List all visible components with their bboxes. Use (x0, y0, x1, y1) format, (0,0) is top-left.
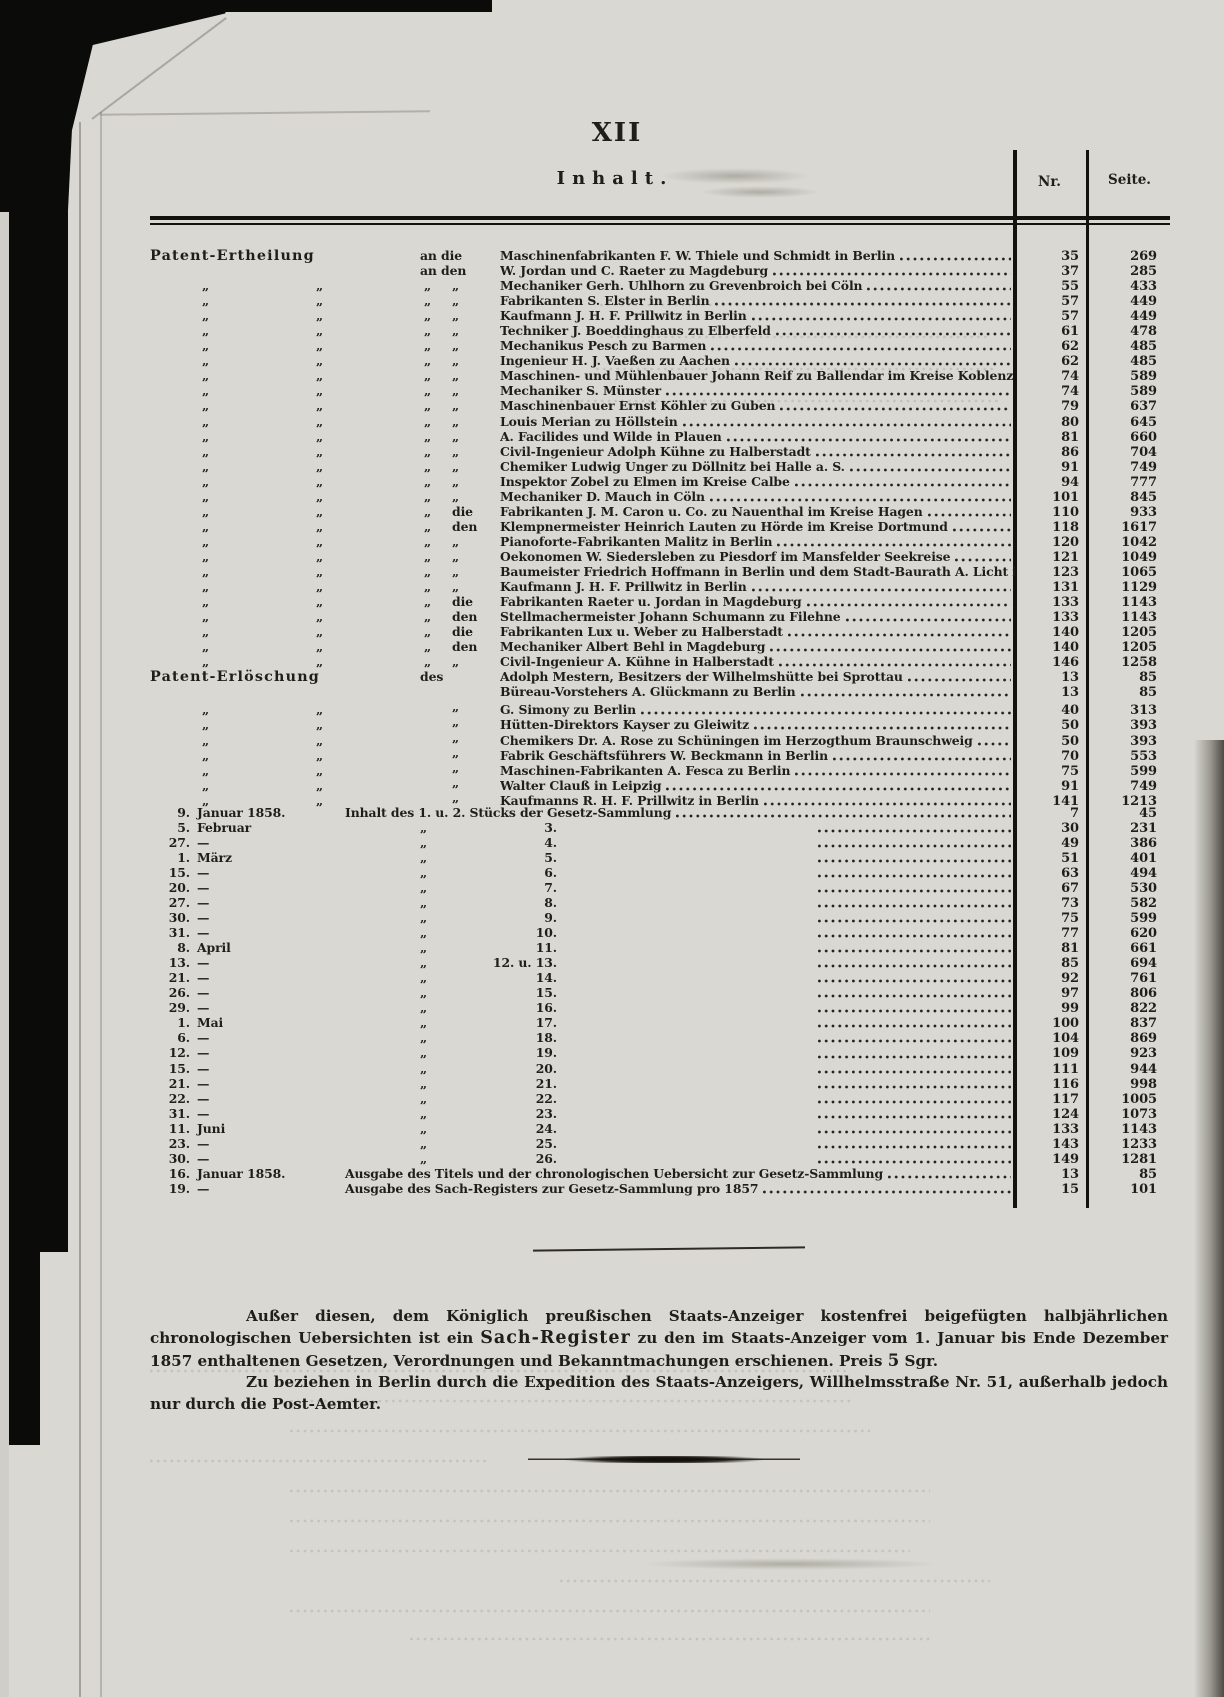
ditto-mark: „ (316, 748, 334, 763)
entry-text: Mechanikus Pesch zu Barmen (500, 338, 706, 353)
section-column: „„ (150, 429, 418, 444)
nr-value: 133 (1015, 610, 1088, 625)
section-column: „„ (150, 504, 418, 519)
date-month: — (190, 1030, 345, 1045)
dot-leader (818, 1003, 1011, 1014)
nr-value: 97 (1015, 986, 1088, 1001)
entry-text-cell: Ingenieur H. J. Vaeßen zu Aachen (500, 353, 1015, 368)
table-row: 30.—„26.1491281 (150, 1151, 1170, 1166)
nr-value: 91 (1015, 779, 1088, 794)
seite-value: 806 (1088, 986, 1170, 1001)
dot-leader (888, 1169, 1011, 1180)
ditto-mark: „ (345, 1151, 441, 1166)
seite-value: 386 (1088, 836, 1170, 851)
prefix-word: „ (452, 323, 459, 338)
table-row: 16.Januar 1858.Ausgabe des Titels und de… (150, 1166, 1170, 1181)
ditto-mark: „ (424, 489, 440, 504)
bleed-through-line (290, 1428, 870, 1434)
nr-value: 133 (1015, 595, 1088, 610)
date-month: — (190, 970, 345, 985)
section-column: „„ (150, 609, 418, 624)
ditto-mark: „ (202, 414, 220, 429)
ditto-mark: „ (202, 564, 220, 579)
ditto-mark (424, 760, 440, 775)
seite-value: 837 (1088, 1016, 1170, 1031)
seite-value: 494 (1088, 866, 1170, 881)
entry-text-cell: Hütten-Direktors Kayser zu Gleiwitz (500, 717, 1015, 732)
ditto-mark: „ (316, 778, 334, 793)
nr-value: 7 (1015, 806, 1088, 821)
prefix-column: „„ (418, 353, 500, 368)
dot-leader (908, 672, 1011, 683)
dot-leader (666, 386, 1011, 397)
stueck-number: 15. (485, 985, 557, 1000)
prefix-column: „„ (418, 489, 500, 504)
date-month: — (190, 1076, 345, 1091)
ditto-mark: „ (345, 1045, 441, 1060)
nr-value: 86 (1015, 445, 1088, 460)
stueck-number: 4. (485, 835, 557, 850)
dot-leader (641, 705, 1011, 716)
prefix-column: „ (418, 775, 500, 790)
entry-text: Mechaniker Albert Behl in Magdeburg (500, 639, 765, 654)
ditto-mark: „ (316, 504, 334, 519)
stueck-number: 18. (485, 1030, 557, 1045)
prefix-word: „ (452, 293, 459, 308)
ditto-mark: „ (424, 639, 440, 654)
stueck-number: 5. (485, 850, 557, 865)
entry-text-cell: Fabrikanten S. Elster in Berlin (500, 293, 1015, 308)
entry-text: Chemiker Ludwig Unger zu Döllnitz bei Ha… (500, 459, 845, 474)
entry-text: Stellmachermeister Johann Schumann zu Fi… (500, 609, 841, 624)
ditto-mark: „ (316, 579, 334, 594)
dot-leader (818, 913, 1011, 924)
date-day: 31. (150, 1106, 190, 1121)
nr-value: 140 (1015, 625, 1088, 640)
prefix-column: „„ (418, 564, 500, 579)
table-row: 31.—„10.77620 (150, 925, 1170, 940)
seite-value: 845 (1088, 490, 1170, 505)
entry-text: Klempnermeister Heinrich Lauten zu Hörde… (500, 519, 948, 534)
prefix-column: „„ (418, 429, 500, 444)
ditto-mark: „ (424, 654, 440, 669)
contents-table: Nr. Seite. Patent-Ertheilungan dieMaschi… (150, 148, 1170, 1210)
entry-text-cell: Maschinen-Fabrikanten A. Fesca zu Berlin (500, 763, 1015, 778)
entry-text: Civil-Ingenieur A. Kühne in Halberstadt (500, 654, 774, 669)
prefix-column: „„ (418, 293, 500, 308)
header-rule-thick (150, 216, 1170, 220)
nr-value: 104 (1015, 1031, 1088, 1046)
section-column: „„ (150, 278, 418, 293)
prefix-word: „ (452, 730, 459, 745)
prefix-word: „ (452, 368, 459, 383)
section-column: „„ (150, 323, 418, 338)
table-row: „„„„Baumeister Friedrich Hoffmann in Ber… (150, 564, 1170, 579)
entry-text-cell: Mechaniker Albert Behl in Magdeburg (500, 639, 1015, 654)
ditto-mark: „ (345, 895, 441, 910)
seite-value: 620 (1088, 926, 1170, 941)
ditto-mark: „ (424, 338, 440, 353)
ditto-mark: „ (345, 1030, 441, 1045)
entry-text-cell: Mechaniker S. Münster (500, 383, 1015, 398)
prefix-word: „ (452, 489, 459, 504)
section-label: Patent-Erlöschung (150, 670, 320, 685)
prefix-word: die (452, 594, 473, 609)
table-row: 21.—„21.116998 (150, 1076, 1170, 1091)
seite-value: 1281 (1088, 1152, 1170, 1167)
entry-text: Louis Merian zu Höllstein (500, 414, 678, 429)
entry-text-cell: Inspektor Zobel zu Elmen im Kreise Calbe (500, 474, 1015, 489)
seite-value: 1205 (1088, 640, 1170, 655)
table-row: 20.—„7.67530 (150, 880, 1170, 895)
nr-value: 81 (1015, 430, 1088, 445)
dot-leader (955, 552, 1011, 563)
entry-text-cell: Kaufmann J. H. F. Prillwitz in Berlin (500, 579, 1015, 594)
ditto-mark: „ (202, 459, 220, 474)
seite-value: 1042 (1088, 535, 1170, 550)
seite-value: 393 (1088, 734, 1170, 749)
nr-value: 99 (1015, 1001, 1088, 1016)
seite-value: 589 (1088, 369, 1170, 384)
ditto-mark: „ (345, 1136, 441, 1151)
dot-leader (777, 537, 1011, 548)
date-day: 22. (150, 1091, 190, 1106)
table-row: „„„dieFabrikanten J. M. Caron u. Co. zu … (150, 504, 1170, 519)
table-row: „„„„Mechaniker D. Mauch in Cöln101845 (150, 489, 1170, 504)
ditto-mark: „ (424, 323, 440, 338)
nr-value: 55 (1015, 279, 1088, 294)
dot-leader (773, 266, 1011, 277)
table-row: 6.—„18.104869 (150, 1030, 1170, 1045)
ditto-mark: „ (316, 519, 334, 534)
nr-value: 61 (1015, 324, 1088, 339)
ditto-mark (424, 714, 440, 729)
entry-text: Ausgabe des Sach-Registers zur Gesetz-Sa… (345, 1181, 758, 1196)
prefix-column: „„ (418, 654, 500, 669)
entry-text-cell: Civil-Ingenieur A. Kühne in Halberstadt (500, 654, 1015, 669)
table-row: 27.—„8.73582 (150, 895, 1170, 910)
entry-text: Maschinenbauer Ernst Köhler zu Guben (500, 398, 775, 413)
table-row: 22.—„22.1171005 (150, 1091, 1170, 1106)
prefix-column: „„ (418, 414, 500, 429)
entry-text-cell: Oekonomen W. Siedersleben zu Piesdorf im… (500, 549, 1015, 564)
table-row: „„„„Civil-Ingenieur Adolph Kühne zu Halb… (150, 444, 1170, 459)
prefix-column: „ (418, 714, 500, 729)
stueck-number: 6. (485, 865, 557, 880)
date-day: 20. (150, 880, 190, 895)
ditto-mark: „ (202, 579, 220, 594)
entry-text: Techniker J. Boeddinghaus zu Elberfeld (500, 323, 771, 338)
table-row: Patent-ErlöschungdesAdolph Mestern, Besi… (150, 669, 1170, 684)
ditto-mark: „ (424, 398, 440, 413)
entry-text: Mechaniker S. Münster (500, 383, 661, 398)
ditto-mark: „ (202, 748, 220, 763)
prefix-word: „ (452, 383, 459, 398)
dot-leader (818, 943, 1011, 954)
table-row: „„„denStellmachermeister Johann Schumann… (150, 609, 1170, 624)
prefix-word: „ (452, 579, 459, 594)
entry-text: G. Simony zu Berlin (500, 702, 636, 717)
nr-value: 74 (1015, 384, 1088, 399)
prefix-column: „ (418, 730, 500, 745)
date-day: 6. (150, 1030, 190, 1045)
entry-text-cell: Kaufmann J. H. F. Prillwitz in Berlin (500, 308, 1015, 323)
ditto-mark: „ (202, 733, 220, 748)
entry-text-cell: Fabrik Geschäftsführers W. Beckmann in B… (500, 748, 1015, 763)
date-month: — (190, 1000, 345, 1015)
dot-leader (818, 1109, 1011, 1120)
ditto-mark: „ (345, 970, 441, 985)
prefix-word: den (452, 609, 477, 624)
ditto-mark: „ (424, 444, 440, 459)
table-row: „„„„Mechanikus Pesch zu Barmen62485 (150, 338, 1170, 353)
date-month: März (190, 850, 345, 865)
section-column: „„ (150, 579, 418, 594)
seite-value: 869 (1088, 1031, 1170, 1046)
entry-text: Fabrikanten S. Elster in Berlin (500, 293, 710, 308)
section-column: „„ (150, 414, 418, 429)
footer-paragraph-1: Außer diesen, dem Königlich preußischen … (150, 1306, 1168, 1372)
dot-leader (818, 1079, 1011, 1090)
ditto-mark: „ (202, 308, 220, 323)
stueck-number: 10. (485, 925, 557, 940)
ditto-mark: „ (202, 594, 220, 609)
section-column: „„ (150, 519, 418, 534)
table-row: „„„„Mechaniker S. Münster74589 (150, 383, 1170, 398)
ditto-mark: „ (345, 985, 441, 1000)
seite-value: 589 (1088, 384, 1170, 399)
entry-text: Pianoforte-Fabrikanten Malitz in Berlin (500, 534, 772, 549)
table-row: „„„„Techniker J. Boeddinghaus zu Elberfe… (150, 323, 1170, 338)
seite-value: 923 (1088, 1046, 1170, 1061)
prefix-word: „ (452, 790, 459, 805)
divider-swelled (528, 1456, 800, 1463)
dot-leader (735, 356, 1011, 367)
ditto-mark: „ (345, 1061, 441, 1076)
prefix-word: „ (452, 429, 459, 444)
table-row: 29.—„16.99822 (150, 1000, 1170, 1015)
date-day: 29. (150, 1000, 190, 1015)
ditto-mark: „ (345, 1121, 441, 1136)
dot-leader (752, 311, 1011, 322)
entry-text: Civil-Ingenieur Adolph Kühne zu Halberst… (500, 444, 811, 459)
prefix-word: „ (452, 474, 459, 489)
prefix-column: des (418, 669, 500, 684)
dot-leader (818, 928, 1011, 939)
prefix-word: „ (452, 278, 459, 293)
prefix-column: an den (418, 263, 500, 278)
nr-value: 75 (1015, 911, 1088, 926)
date-month: — (190, 985, 345, 1000)
nr-value: 13 (1015, 670, 1088, 685)
section-column: „„ (150, 654, 418, 669)
bleed-through-line (290, 1548, 910, 1554)
section-column: „„ (150, 308, 418, 323)
entry-text: Fabrikanten J. M. Caron u. Co. zu Nauent… (500, 504, 923, 519)
entry-text: Ingenieur H. J. Vaeßen zu Aachen (500, 353, 730, 368)
ditto-mark: „ (202, 474, 220, 489)
seite-value: 998 (1088, 1077, 1170, 1092)
entry-text: Kaufmann J. H. F. Prillwitz in Berlin (500, 308, 747, 323)
date-month: April (190, 940, 345, 955)
page-edge-line (79, 122, 81, 1697)
prefix-column: „„ (418, 323, 500, 338)
ditto-mark: „ (202, 353, 220, 368)
seite-value: 231 (1088, 821, 1170, 836)
prefix-word: „ (452, 775, 459, 790)
entry-text-cell: Mechaniker Gerh. Uhlhorn zu Grevenbroich… (500, 278, 1015, 293)
nr-value: 146 (1015, 655, 1088, 670)
prefix-column: „den (418, 639, 500, 654)
ditto-mark: „ (316, 353, 334, 368)
ditto-mark: „ (316, 654, 334, 669)
dot-leader (752, 582, 1011, 593)
prefix-word: „ (452, 414, 459, 429)
stueck-number: 16. (485, 1000, 557, 1015)
seite-value: 822 (1088, 1001, 1170, 1016)
nr-value: 74 (1015, 369, 1088, 384)
section-column: „„ (150, 763, 418, 778)
table-row: 23.—„25.1431233 (150, 1136, 1170, 1151)
prefix-column: „„ (418, 579, 500, 594)
entry-text: Baumeister Friedrich Hoffmann in Berlin … (500, 564, 1015, 579)
date-day: 30. (150, 1151, 190, 1166)
date-month: — (190, 865, 345, 880)
table-row: 26.—„15.97806 (150, 985, 1170, 1000)
ditto-mark: „ (424, 609, 440, 624)
table-row: „„„„Kaufmann J. H. F. Prillwitz in Berli… (150, 579, 1170, 594)
ditto-mark: „ (316, 549, 334, 564)
dot-leader (676, 808, 1011, 819)
ditto-mark: „ (202, 639, 220, 654)
ditto-mark: „ (345, 865, 441, 880)
nr-value: 120 (1015, 535, 1088, 550)
dot-leader (818, 1139, 1011, 1150)
entry-text: Fabrik Geschäftsführers W. Beckmann in B… (500, 748, 828, 763)
section-column: „„ (150, 293, 418, 308)
prefix-column: „„ (418, 368, 500, 383)
entry-text-cell: Maschinen- und Mühlenbauer Johann Reif z… (500, 368, 1015, 383)
ditto-mark: „ (202, 717, 220, 732)
dot-leader (727, 432, 1011, 443)
date-month: — (190, 880, 345, 895)
dot-leader (801, 687, 1011, 698)
seite-value: 1143 (1088, 1122, 1170, 1137)
dot-leader (788, 627, 1011, 638)
prefix-word: „ (452, 760, 459, 775)
date-day: 27. (150, 895, 190, 910)
nr-value: 49 (1015, 836, 1088, 851)
entry-text-cell: Mechanikus Pesch zu Barmen (500, 338, 1015, 353)
ditto-mark: „ (202, 338, 220, 353)
ditto-mark: „ (202, 368, 220, 383)
entry-text: Ausgabe des Titels und der chronologisch… (345, 1166, 883, 1181)
footer-text: Sgr. (899, 1352, 938, 1370)
dot-leader (818, 1064, 1011, 1075)
seite-value: 599 (1088, 911, 1170, 926)
header-rule-thin (150, 223, 1170, 225)
ditto-mark: „ (345, 1015, 441, 1030)
nr-value: 85 (1015, 956, 1088, 971)
entry-text: Oekonomen W. Siedersleben zu Piesdorf im… (500, 549, 950, 564)
seite-value: 1049 (1088, 550, 1170, 565)
seite-value: 393 (1088, 718, 1170, 733)
prefix-column: „„ (418, 534, 500, 549)
seite-value: 85 (1088, 670, 1170, 685)
bleed-through-line (290, 1518, 930, 1524)
nr-value: 121 (1015, 550, 1088, 565)
ditto-mark: „ (345, 940, 441, 955)
dot-leader (763, 1184, 1011, 1195)
table-row: Büreau-Vorstehers A. Glückmann zu Berlin… (150, 684, 1170, 699)
ditto-mark: „ (202, 504, 220, 519)
dot-leader (764, 796, 1011, 807)
date-month: — (190, 1106, 345, 1121)
table-row: an denW. Jordan und C. Raeter zu Magdebu… (150, 263, 1170, 278)
entry-text: Maschinenfabrikanten F. W. Thiele und Sc… (500, 248, 895, 263)
seite-value: 749 (1088, 779, 1170, 794)
seite-value: 582 (1088, 896, 1170, 911)
ditto-mark: „ (345, 850, 441, 865)
ditto-mark: „ (316, 624, 334, 639)
stueck-number: 21. (485, 1076, 557, 1091)
ditto-mark: „ (424, 368, 440, 383)
ditto-mark: „ (202, 609, 220, 624)
scan-border-top (0, 0, 492, 12)
prefix-column: „„ (418, 308, 500, 323)
date-day: 30. (150, 910, 190, 925)
section-column: „„ (150, 639, 418, 654)
prefix-word: des (420, 669, 443, 684)
nr-value: 109 (1015, 1046, 1088, 1061)
prefix-column: an die (418, 248, 500, 263)
section-column: „„ (150, 717, 418, 732)
stueck-number: 3. (485, 820, 557, 835)
sach-register-emphasis: Sach-Register (480, 1328, 630, 1348)
date-day: 5. (150, 820, 190, 835)
table-row: „„„„Louis Merian zu Höllstein80645 (150, 414, 1170, 429)
nr-value: 40 (1015, 703, 1088, 718)
entry-text-cell: Walter Clauß in Leipzig (500, 778, 1015, 793)
ditto-mark: „ (202, 624, 220, 639)
ditto-mark: „ (424, 474, 440, 489)
table-row: „„„„Oekonomen W. Siedersleben zu Piesdor… (150, 549, 1170, 564)
stueck-number: 9. (485, 910, 557, 925)
dot-leader (754, 720, 1011, 731)
date-day: 21. (150, 970, 190, 985)
prefix-word: „ (452, 714, 459, 729)
nr-value: 140 (1015, 640, 1088, 655)
col-header-nr: Nr. (1013, 174, 1086, 190)
dot-leader (818, 823, 1011, 834)
ditto-mark: „ (345, 1106, 441, 1121)
date-month: — (190, 1091, 345, 1106)
table-row: 8.April„11.81661 (150, 940, 1170, 955)
dot-leader (818, 1094, 1011, 1105)
ditto-mark: „ (424, 594, 440, 609)
ditto-mark: „ (316, 702, 334, 717)
ditto-mark: „ (424, 429, 440, 444)
nr-value: 30 (1015, 821, 1088, 836)
nr-value: 35 (1015, 249, 1088, 264)
date-day: 26. (150, 985, 190, 1000)
entry-text-cell: Adolph Mestern, Besitzers der Wilhelmshü… (500, 669, 1015, 684)
ditto-mark: „ (202, 519, 220, 534)
nr-value: 62 (1015, 339, 1088, 354)
entry-text-cell: Pianoforte-Fabrikanten Malitz in Berlin (500, 534, 1015, 549)
prefix-column: „den (418, 609, 500, 624)
entry-text-cell: Techniker J. Boeddinghaus zu Elberfeld (500, 323, 1015, 338)
